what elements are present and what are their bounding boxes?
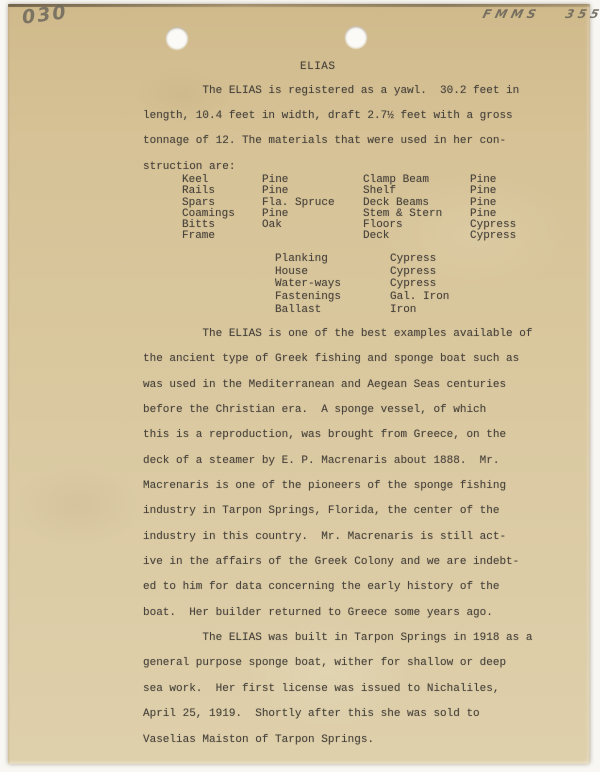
table-cell: Water-ways [275, 278, 341, 291]
table-cell: Oak [262, 220, 282, 231]
typed-line: Vaselias Maiston of Tarpon Springs. [143, 728, 532, 753]
typed-line: ed to him for data concerning the early … [143, 575, 532, 600]
typed-line: The ELIAS was built in Tarpon Springs in… [143, 626, 532, 651]
table-cell: Pine [262, 186, 288, 197]
typed-line: general purpose sponge boat, wither for … [143, 651, 532, 676]
table-cell: Cypress [390, 266, 436, 279]
table-cell: Iron [390, 304, 416, 317]
table-cell: Pine [470, 186, 496, 197]
typed-line: deck of a steamer by E. P. Macrenaris ab… [143, 449, 532, 474]
typed-line: April 25, 1919. Shortly after this she w… [143, 702, 532, 727]
typed-line: tonnage of 12. The materials that were u… [143, 129, 519, 154]
table-cell: Cypress [390, 278, 436, 291]
table-cell: Cypress [390, 253, 436, 266]
typed-line: industry in Tarpon Springs, Florida, the… [143, 499, 532, 524]
table-cell: Fastenings [275, 291, 341, 304]
typed-line: The ELIAS is one of the best examples av… [143, 322, 532, 347]
body-paragraphs: The ELIAS is one of the best examples av… [143, 322, 532, 753]
document-title: ELIAS [300, 61, 336, 73]
catalog-number: 355 [564, 7, 600, 21]
table-cell: Deck [363, 231, 389, 242]
table-cell: Shelf [363, 186, 396, 197]
table-cell: House [275, 266, 308, 279]
typed-line: boat. Her builder returned to Greece som… [143, 601, 532, 626]
typed-line: the ancient type of Greek fishing and sp… [143, 347, 532, 372]
typed-line: ive in the affairs of the Greek Colony a… [143, 550, 532, 575]
punch-hole-left [166, 27, 188, 49]
table-cell: Cypress [470, 231, 516, 242]
table-cell: Rails [182, 186, 215, 197]
table-cell: Planking [275, 253, 328, 266]
scanned-document-page: 030 FMMS 355 ELIAS The ELIAS is register… [0, 0, 600, 772]
typed-line: before the Christian era. A sponge vesse… [143, 398, 532, 423]
typed-line: industry in this country. Mr. Macrenaris… [143, 525, 532, 550]
table-cell: Gal. Iron [390, 291, 449, 304]
pencil-catalog-annotation: FMMS 355 [481, 7, 600, 21]
intro-paragraph: The ELIAS is registered as a yawl. 30.2 … [143, 79, 519, 180]
table-cell: Ballast [275, 304, 321, 317]
catalog-code: FMMS [481, 7, 541, 21]
punch-hole-right [345, 26, 367, 48]
table-cell: Frame [182, 231, 215, 242]
typed-line: Macrenaris is one of the pioneers of the… [143, 474, 532, 499]
typed-line: The ELIAS is registered as a yawl. 30.2 … [143, 79, 519, 104]
typed-line: this is a reproduction, was brought from… [143, 423, 532, 448]
typed-line: was used in the Mediterranean and Aegean… [143, 373, 532, 398]
typed-line: sea work. Her first license was issued t… [143, 677, 532, 702]
typed-line: length, 10.4 feet in width, draft 2.7½ f… [143, 104, 519, 129]
